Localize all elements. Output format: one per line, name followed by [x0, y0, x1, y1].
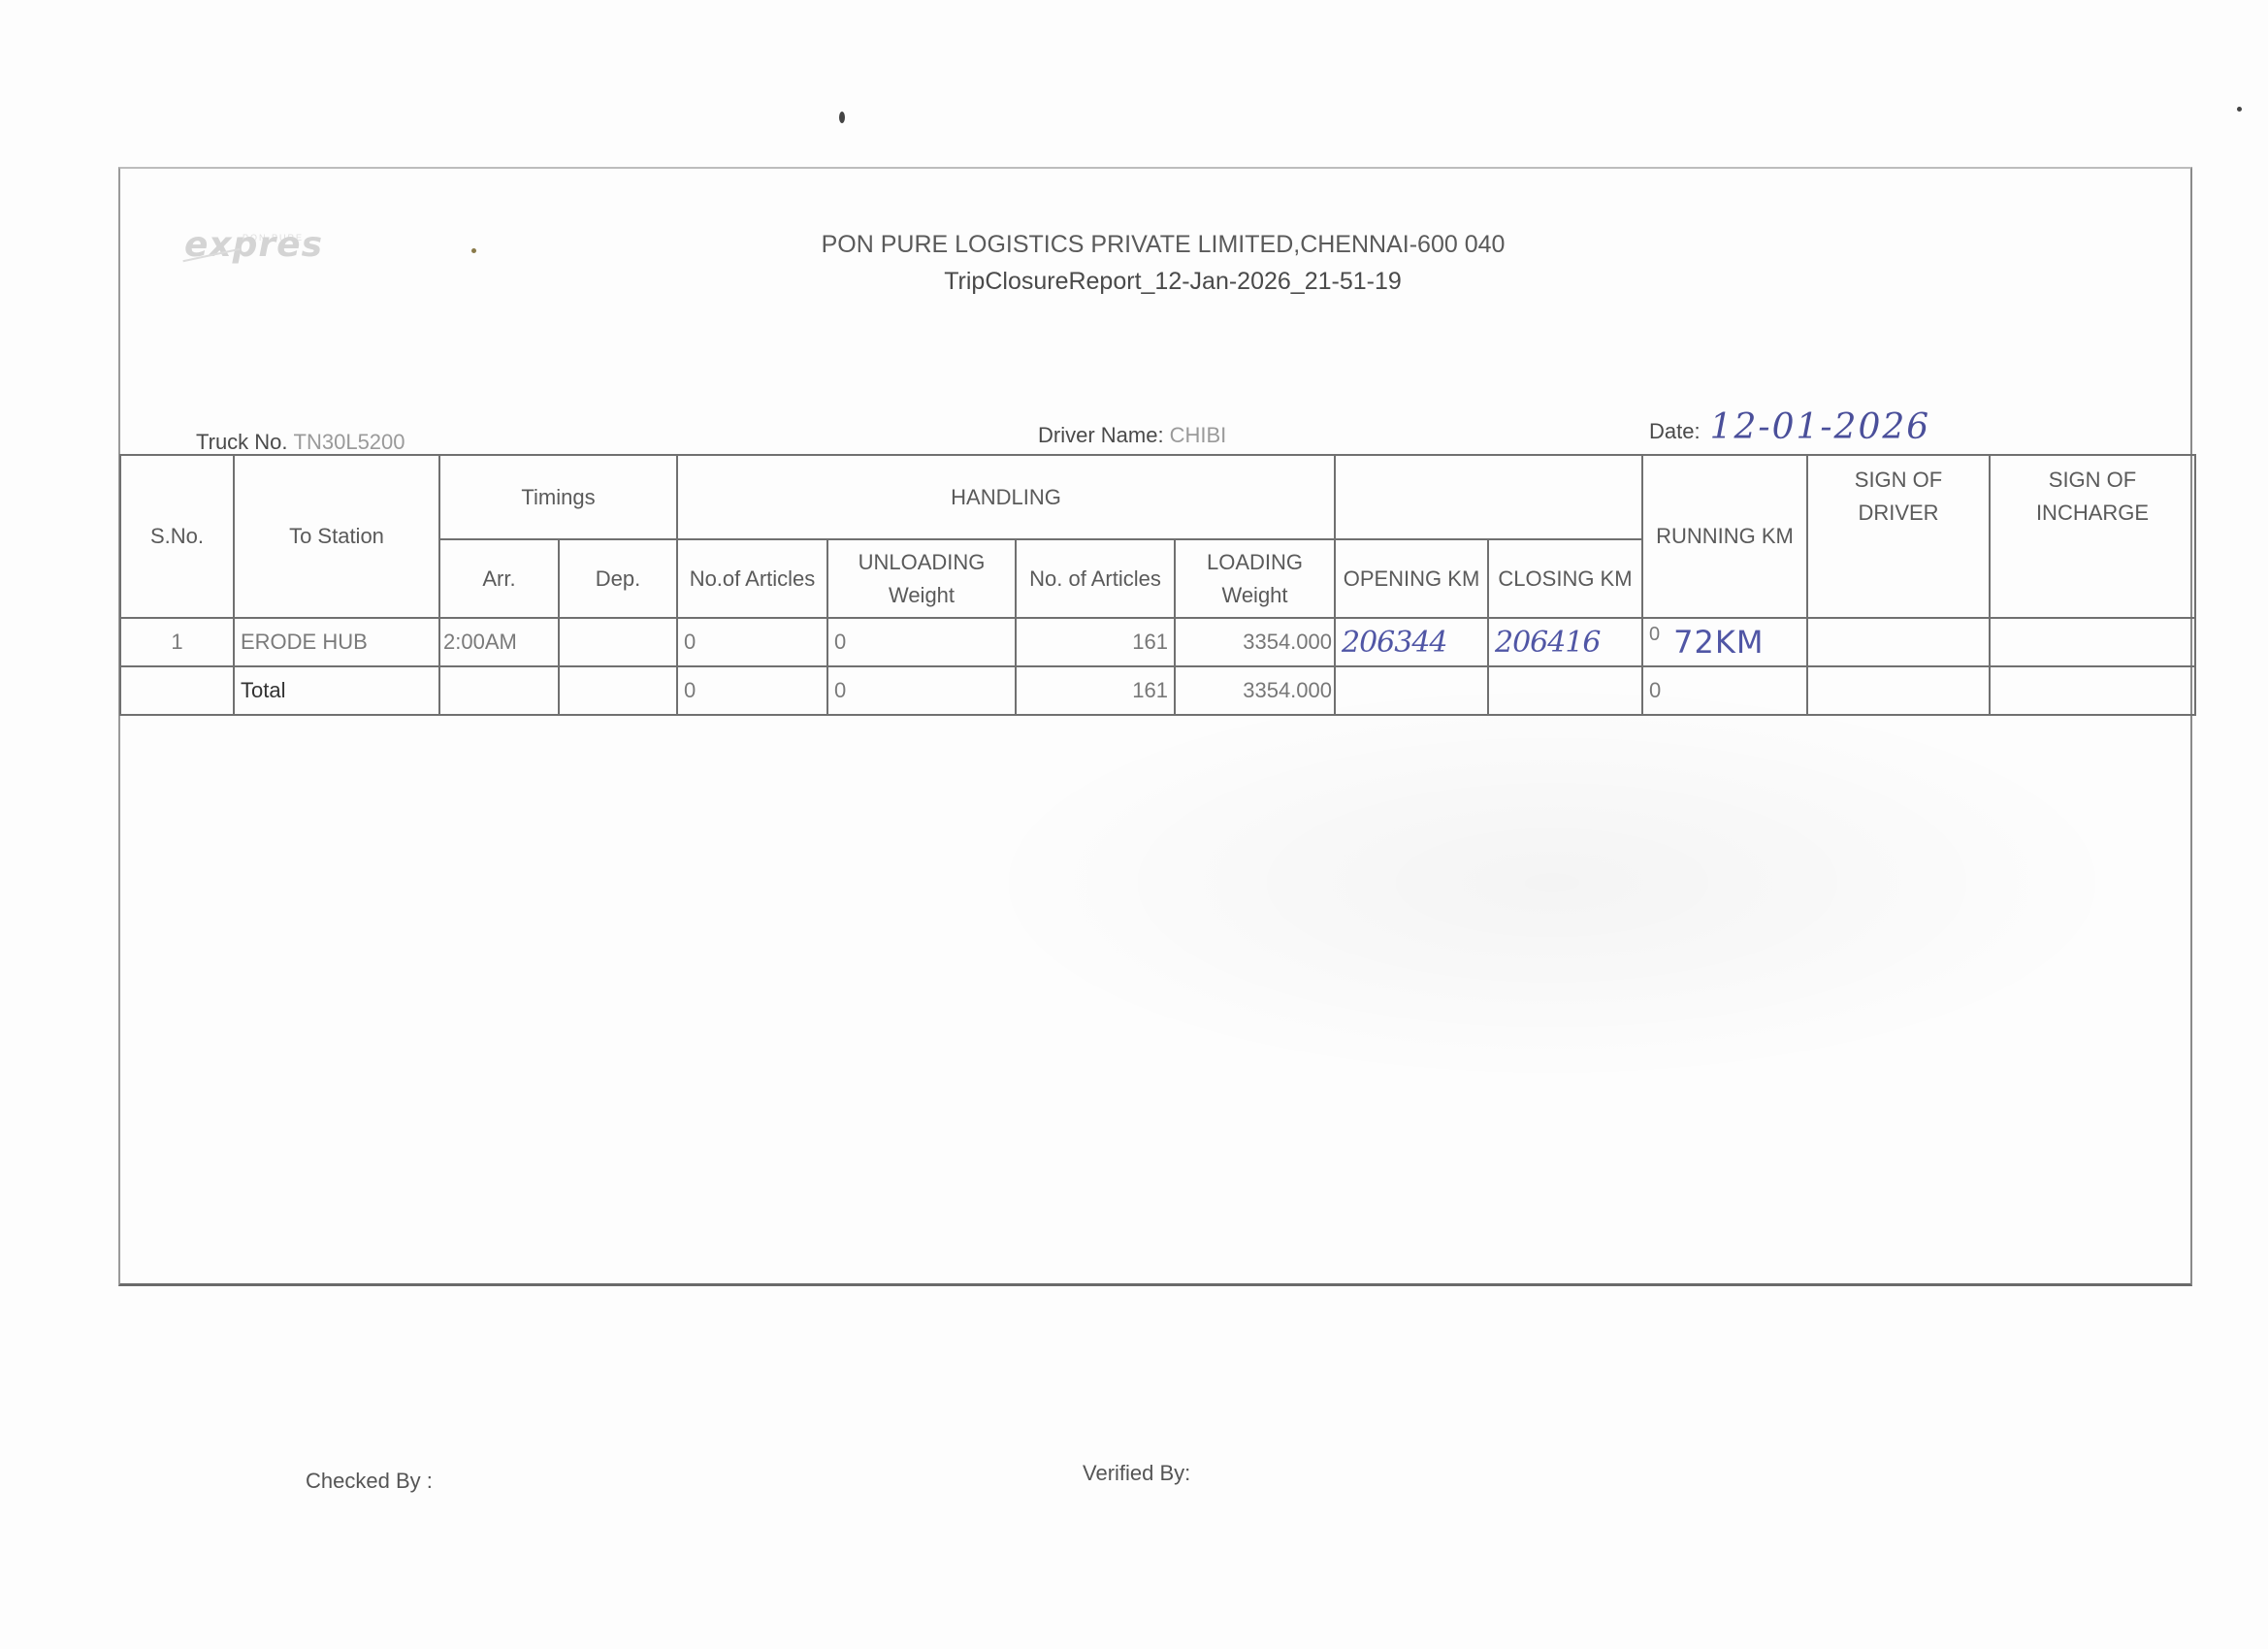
verified-by-label: Verified By: [1083, 1461, 1190, 1486]
scan-speck [471, 248, 476, 253]
cell-running-km: 072KM [1642, 618, 1807, 666]
total-opening-km [1335, 666, 1488, 715]
total-load-weight: 3354.000 [1175, 666, 1335, 715]
total-sign-driver [1807, 666, 1990, 715]
scan-speck [839, 112, 845, 123]
report-date: Date:12-01-2026 [1649, 407, 1930, 447]
cell-sign-incharge [1990, 618, 2195, 666]
report-frame [118, 167, 2192, 1286]
cell-unload-articles: 0 [677, 618, 827, 666]
scan-speck [2237, 107, 2242, 112]
header-sign-driver: SIGN OF DRIVER [1807, 455, 1990, 618]
driver-label: Driver Name: [1038, 423, 1164, 447]
running-km-handwritten: 72KM [1673, 624, 1764, 661]
cell-opening-km: 206344 [1335, 618, 1488, 666]
total-row: Total 0 0 161 3354.000 0 [120, 666, 2195, 715]
date-handwritten: 12-01-2026 [1710, 407, 1931, 447]
date-label: Date: [1649, 419, 1701, 443]
header-unload-weight: UNLOADING Weight [827, 539, 1016, 618]
header-km-group [1335, 455, 1642, 539]
total-load-articles: 161 [1016, 666, 1175, 715]
cell-dep [559, 618, 677, 666]
header-arr: Arr. [439, 539, 559, 618]
total-label: Total [234, 666, 439, 715]
cell-unload-weight: 0 [827, 618, 1016, 666]
header-handling: HANDLING [677, 455, 1335, 539]
driver-name: Driver Name:CHIBI [1038, 423, 1226, 448]
cell-sign-driver [1807, 618, 1990, 666]
opening-km-handwritten: 206344 [1342, 626, 1447, 660]
header-unload-articles: No.of Articles [677, 539, 827, 618]
header-running-km: RUNNING KM [1642, 455, 1807, 618]
running-km-printed: 0 [1649, 624, 1660, 645]
header-timings: Timings [439, 455, 677, 539]
total-arr [439, 666, 559, 715]
cell-arr: 2:00AM [439, 618, 559, 666]
header-load-articles: No. of Articles [1016, 539, 1175, 618]
cell-to-station: ERODE HUB [234, 618, 439, 666]
report-title: TripClosureReport_12-Jan-2026_21-51-19 [0, 268, 2268, 296]
cell-load-weight: 3354.000 [1175, 618, 1335, 666]
truck-label: Truck No. [196, 430, 288, 454]
truck-number: Truck No.TN30L5200 [196, 430, 405, 455]
closing-km-handwritten: 206416 [1495, 626, 1601, 660]
total-unload-articles: 0 [677, 666, 827, 715]
header-row-1: S.No. To Station Timings HANDLING RUNNIN… [120, 455, 2195, 539]
total-dep [559, 666, 677, 715]
checked-by-label: Checked By : [306, 1469, 433, 1494]
cell-closing-km: 206416 [1488, 618, 1642, 666]
header-load-weight: LOADING Weight [1175, 539, 1335, 618]
header-opening-km: OPENING KM [1335, 539, 1488, 618]
driver-value: CHIBI [1170, 423, 1227, 447]
total-unload-weight: 0 [827, 666, 1016, 715]
header-sno: S.No. [120, 455, 234, 618]
company-name: PON PURE LOGISTICS PRIVATE LIMITED,CHENN… [0, 231, 2268, 259]
header-dep: Dep. [559, 539, 677, 618]
total-sno [120, 666, 234, 715]
cell-sno: 1 [120, 618, 234, 666]
header-closing-km: CLOSING KM [1488, 539, 1642, 618]
table-row: 1 ERODE HUB 2:00AM 0 0 161 3354.000 2063… [120, 618, 2195, 666]
truck-value: TN30L5200 [294, 430, 405, 454]
header-to-station: To Station [234, 455, 439, 618]
total-sign-incharge [1990, 666, 2195, 715]
cell-load-articles: 161 [1016, 618, 1175, 666]
header-sign-incharge: SIGN OF INCHARGE [1990, 455, 2195, 618]
total-running-km: 0 [1642, 666, 1807, 715]
trip-table: S.No. To Station Timings HANDLING RUNNIN… [119, 454, 2196, 716]
total-closing-km [1488, 666, 1642, 715]
